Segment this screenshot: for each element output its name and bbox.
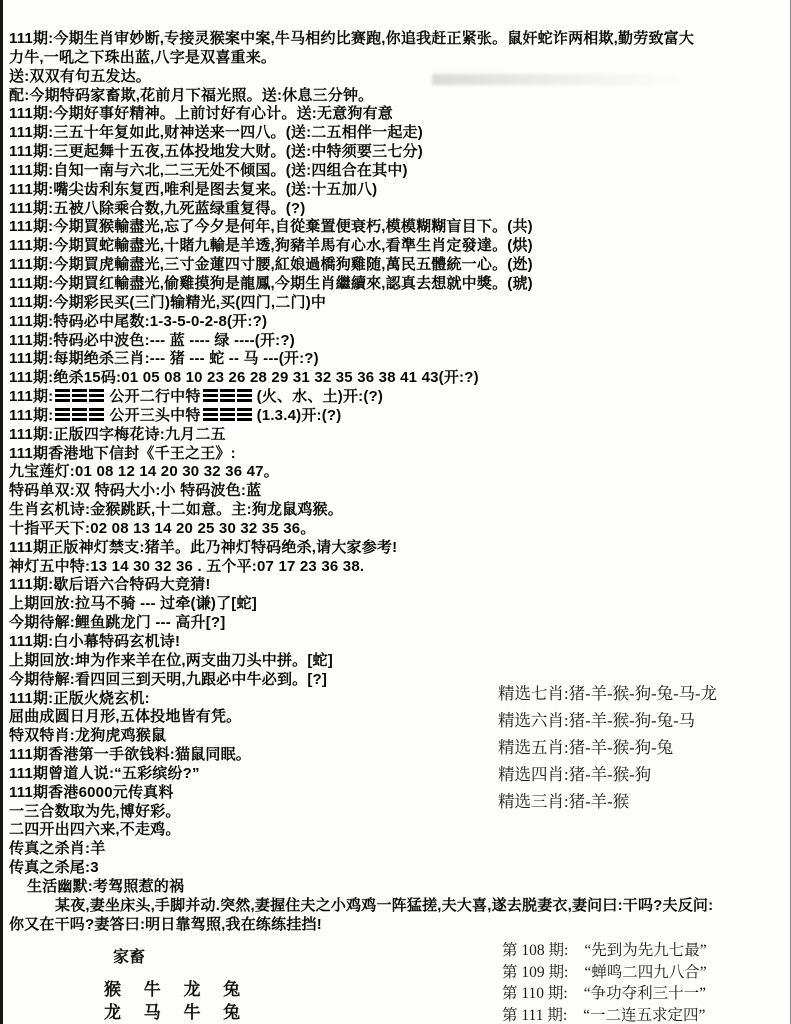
text-line: 特码单双:双 特码大小:小 特码波色:蓝 <box>9 482 713 501</box>
trigram-bar-unit <box>203 408 218 421</box>
jingxuan-line: 精选六肖:猪-羊-猴-狗-兔-马 <box>498 707 717 734</box>
text-segment: 111期曾道人说:“五彩缤纷?” <box>9 765 200 782</box>
text-line: 111期香港地下信封《千王之王》: <box>9 445 713 464</box>
trigram-bars-icon <box>203 408 254 427</box>
text-segment: 生肖玄机诗:金猴跳跃,十二如意。主:狗龙鼠鸡猴。 <box>9 501 343 518</box>
text-line: 111期:公开三头中特(1.3.4)开:(?) <box>9 407 713 426</box>
text-segment: 111期:三五十年复如此,财神送来一四八。(送:二五相伴一起走) <box>9 124 423 141</box>
text-segment: 111期香港第一手欲钱料:猫鼠同眠。 <box>9 746 251 763</box>
trigram-bar-unit <box>72 389 87 402</box>
text-segment: 111期香港6000元传真料 <box>9 784 174 801</box>
text-line: 十指平天下:02 08 13 14 20 25 30 32 35 36。 <box>9 520 713 539</box>
issue-quote-line: 第 108 期:“先到为先九七最” <box>502 940 707 962</box>
text-segment: “争功夺利三十一” <box>584 985 706 1002</box>
trigram-bar-unit <box>220 408 235 421</box>
text-line: 传真之杀肖:羊 <box>9 840 713 859</box>
text-segment: 传真之杀尾:3 <box>9 859 99 876</box>
text-line: 111期:五被八除乘合数,九死蓝绿重复得。(?) <box>9 200 713 219</box>
text-segment: 今期待解:看四回三到天明,九跟必中牛必到。[?] <box>9 671 327 688</box>
text-segment: (1.3.4)开:(?) <box>257 407 342 424</box>
text-segment: 配:今期特码家畜欺,花前月下福光照。送:休息三分钟。 <box>9 87 373 104</box>
text-line: 111期:三五十年复如此,财神送来一四八。(送:二五相伴一起走) <box>9 124 713 143</box>
text-line: 111期:嘴尖齿利东复西,唯利是图去复来。(送:十五加八) <box>9 181 713 200</box>
text-segment: 神灯五中特:13 14 30 32 36 . 五个平:07 17 23 36 3… <box>9 558 364 575</box>
text-segment: “先到为先九七最” <box>584 942 706 959</box>
text-segment: 111期:绝杀15码:01 05 08 10 23 26 28 29 31 32… <box>9 369 479 386</box>
jingxuan-line: 精选三肖:猪-羊-猴 <box>498 788 717 815</box>
text-segment: 111期香港地下信封《千王之王》: <box>9 445 236 462</box>
text-segment: 十指平天下:02 08 13 14 20 25 30 32 35 36。 <box>9 520 316 537</box>
text-segment: 今期待解:鲤鱼跳龙门 --- 高升[?] <box>9 614 225 631</box>
text-line: 力牛,一吼之下珠出蓝,八字是双喜重来。 <box>9 49 713 68</box>
selected-zodiac-column: 精选七肖:猪-羊-猴-狗-兔-马-龙精选六肖:猪-羊-猴-狗-兔-马精选五肖:猪… <box>498 680 717 815</box>
text-segment: “一二连五求定四” <box>583 1007 705 1024</box>
text-segment: 111期:每期绝杀三肖:--- 猪 --- 蛇 -- 马 ---(开:?) <box>9 350 319 367</box>
text-segment: 某夜,妻坐床头,手脚并动.突然,妻握住夫之小鸡鸡一阵猛搓,夫大喜,遂去脱妻衣,妻… <box>55 897 713 914</box>
text-segment: 111期:正版火烧玄机: <box>9 690 150 707</box>
issue-quote-line: 第 111 期:“一二连五求定四” <box>502 1005 707 1024</box>
text-segment: 你又在干吗?妻答曰:明日靠驾照,我在练练挂挡! <box>9 916 322 933</box>
text-segment: 111期:白小幕特码玄机诗! <box>9 633 180 650</box>
jingxuan-line: 精选七肖:猪-羊-猴-狗-兔-马-龙 <box>498 680 717 707</box>
text-line: 111期:今期買蛇輸盡光,十賭九輸是羊透,狗豬羊馬有心水,看準生肖定發達。(烘) <box>9 237 713 256</box>
text-line: 配:今期特码家畜欺,花前月下福光照。送:休息三分钟。 <box>9 87 713 106</box>
trigram-bar-unit <box>203 389 218 402</box>
jingxuan-line: 精选五肖:猪-羊-猴-狗-兔 <box>498 734 717 761</box>
text-line: 111期:今期買猴輸盡光,忘了今夕是何年,自從棄置便衰朽,模模糊糊盲目下。(共) <box>9 218 713 237</box>
trigram-bar-unit <box>55 408 70 421</box>
text-segment: 111期:自知一南与六北,二三无处不倾国。(送:四组合在其中) <box>9 162 408 179</box>
text-line: 111期:绝杀15码:01 05 08 10 23 26 28 29 31 32… <box>9 369 713 388</box>
animals-row: 龙 马 牛 兔 狗 鸡 <box>104 1001 252 1024</box>
trigram-bars-icon <box>203 389 254 408</box>
text-segment: 111期:今期買红輸盡光,偷雞摸狗是龍鳳,今期生肖繼續來,認真去想就中獎。(琥) <box>9 275 533 292</box>
issue-label: 第 108 期: <box>502 942 568 959</box>
past-issues-quotes: 第 108 期:“先到为先九七最”第 109 期:“蝉鸣二四九八合”第 110 … <box>502 940 707 1024</box>
text-line: 111期:今期彩民买(三门)输精光,买(四门,二门)中 <box>9 294 713 313</box>
text-segment: 屈曲成圆日月形,五体投地皆有凭。 <box>9 708 241 725</box>
text-segment: 111期:特码必中尾数:1-3-5-0-2-8(开:?) <box>9 313 267 330</box>
text-segment: 送:双双有句五发达。 <box>9 68 151 85</box>
text-segment: 二四开出四六来,不走鸡。 <box>9 821 181 838</box>
text-segment: (火、水、土)开:(?) <box>257 388 384 405</box>
text-segment: 111期:今期好事好精神。上前讨好有心计。送:无意狗有意 <box>9 105 393 122</box>
animals-row: 猴 牛 龙 兔 虎 鼠 <box>104 978 252 1001</box>
text-line: 111期:三更起舞十五夜,五体投地发大财。(送:中特须要三七分) <box>9 143 713 162</box>
scanned-lottery-tip-sheet: 111期:今期生肖审妙断,专接灵猴案中案,牛马相约比赛跑,你追我赶正紧张。鼠奸蛇… <box>0 0 791 1024</box>
text-segment: 111期:今期買猴輸盡光,忘了今夕是何年,自從棄置便衰朽,模模糊糊盲目下。(共) <box>9 218 533 235</box>
text-segment: 111期正版神灯禁支:猪羊。此乃神灯特码绝杀,请大家参考! <box>9 539 397 556</box>
text-line: 神灯五中特:13 14 30 32 36 . 五个平:07 17 23 36 3… <box>9 558 713 577</box>
text-line: 111期:歇后语六合特码大竞猜! <box>9 576 713 595</box>
text-line: 生活幽默:考驾照惹的祸 <box>9 878 713 897</box>
text-segment: 公开二行中特 <box>109 388 200 405</box>
issue-quote-line: 第 109 期:“蝉鸣二四九八合” <box>502 962 707 984</box>
text-segment: 111期:特码必中波色:--- 蓝 ---- 绿 ----(开:?) <box>9 332 295 349</box>
text-line: 生肖玄机诗:金猴跳跃,十二如意。主:狗龙鼠鸡猴。 <box>9 501 713 520</box>
text-line: 送:双双有句五发达。 <box>9 68 713 87</box>
issue-quote-line: 第 110 期:“争功夺利三十一” <box>502 983 707 1005</box>
text-line: 111期:公开二行中特(火、水、土)开:(?) <box>9 388 713 407</box>
text-segment: 111期:正版四字梅花诗:九月二五 <box>9 426 226 443</box>
text-segment: 特双特肖:龙狗虎鸡猴鼠 <box>9 727 166 744</box>
text-segment: 111期:今期買蛇輸盡光,十賭九輸是羊透,狗豬羊馬有心水,看準生肖定發達。(烘) <box>9 237 533 254</box>
text-segment: 111期:五被八除乘合数,九死蓝绿重复得。(?) <box>9 200 306 217</box>
text-segment: 111期:嘴尖齿利东复西,唯利是图去复来。(送:十五加八) <box>9 181 377 198</box>
trigram-bar-unit <box>220 389 235 402</box>
page-left-border <box>0 0 3 1024</box>
text-segment: 111期:歇后语六合特码大竞猜! <box>9 576 211 593</box>
text-segment: 一三合数取为先,博好彩。 <box>9 803 181 820</box>
text-segment: 111期:今期生肖审妙断,专接灵猴案中案,牛马相约比赛跑,你追我赶正紧张。鼠奸蛇… <box>9 30 694 47</box>
domestic-animals-block: 家畜 猴 牛 龙 兔 虎 鼠龙 马 牛 兔 狗 鸡 <box>104 944 252 1024</box>
domestic-animals-rows: 猴 牛 龙 兔 虎 鼠龙 马 牛 兔 狗 鸡 <box>104 978 252 1024</box>
trigram-bars-icon <box>55 389 106 408</box>
text-line: 111期:每期绝杀三肖:--- 猪 --- 蛇 -- 马 ---(开:?) <box>9 350 713 369</box>
issue-label: 第 111 期: <box>502 1007 567 1024</box>
text-line: 111期:正版四字梅花诗:九月二五 <box>9 426 713 445</box>
text-segment: 九宝莲灯:01 08 12 14 20 30 32 36 47。 <box>9 463 279 480</box>
trigram-bar-unit <box>237 389 252 402</box>
text-line: 上期回放:拉马不骑 --- 过牵(谦)了[蛇] <box>9 595 713 614</box>
text-line: 111期:今期買虎輸盡光,三寸金蓮四寸腰,紅娘過橋狗雞随,萬民五體統一心。(迯) <box>9 256 713 275</box>
trigram-bar-unit <box>89 408 104 421</box>
issue-label: 第 109 期: <box>502 964 568 981</box>
text-segment: 上期回放:坤为作来羊在位,两支曲刀头中拼。[蛇] <box>9 652 333 669</box>
text-segment: 上期回放:拉马不骑 --- 过牵(谦)了[蛇] <box>9 595 257 612</box>
text-segment: 111期: <box>9 407 53 424</box>
text-segment: 公开三头中特 <box>109 407 200 424</box>
trigram-bar-unit <box>72 408 87 421</box>
trigram-bar-unit <box>89 389 104 402</box>
text-line: 111期:今期買红輸盡光,偷雞摸狗是龍鳳,今期生肖繼續來,認真去想就中獎。(琥) <box>9 275 713 294</box>
text-segment: 111期:今期買虎輸盡光,三寸金蓮四寸腰,紅娘過橋狗雞随,萬民五體統一心。(迯) <box>9 256 533 273</box>
issue-label: 第 110 期: <box>502 985 568 1002</box>
text-segment: 特码单双:双 特码大小:小 特码波色:蓝 <box>9 482 261 499</box>
text-segment: 111期: <box>9 388 53 405</box>
text-line: 111期:特码必中波色:--- 蓝 ---- 绿 ----(开:?) <box>9 332 713 351</box>
text-segment: 生活幽默:考驾照惹的祸 <box>27 878 184 895</box>
text-line: 111期:今期好事好精神。上前讨好有心计。送:无意狗有意 <box>9 105 713 124</box>
text-line: 今期待解:鲤鱼跳龙门 --- 高升[?] <box>9 614 713 633</box>
text-segment: 传真之杀肖:羊 <box>9 840 105 857</box>
text-line: 传真之杀尾:3 <box>9 859 713 878</box>
text-line: 111期:特码必中尾数:1-3-5-0-2-8(开:?) <box>9 313 713 332</box>
text-line: 111期:今期生肖审妙断,专接灵猴案中案,牛马相约比赛跑,你追我赶正紧张。鼠奸蛇… <box>9 30 713 49</box>
text-line: 上期回放:坤为作来羊在位,两支曲刀头中拼。[蛇] <box>9 652 713 671</box>
text-segment: “蝉鸣二四九八合” <box>584 964 706 981</box>
text-segment: 111期:三更起舞十五夜,五体投地发大财。(送:中特须要三七分) <box>9 143 423 160</box>
text-line: 111期正版神灯禁支:猪羊。此乃神灯特码绝杀,请大家参考! <box>9 539 713 558</box>
text-line: 二四开出四六来,不走鸡。 <box>9 821 713 840</box>
domestic-animals-title: 家畜 <box>113 944 252 967</box>
text-segment: 力牛,一吼之下珠出蓝,八字是双喜重来。 <box>9 49 276 66</box>
text-segment: 111期:今期彩民买(三门)输精光,买(四门,二门)中 <box>9 294 326 311</box>
trigram-bars-icon <box>55 408 106 427</box>
jingxuan-line: 精选四肖:猪-羊-猴-狗 <box>498 761 717 788</box>
text-line: 111期:白小幕特码玄机诗! <box>9 633 713 652</box>
text-line: 你又在干吗?妻答曰:明日靠驾照,我在练练挂挡! <box>9 916 713 935</box>
text-line: 111期:自知一南与六北,二三无处不倾国。(送:四组合在其中) <box>9 162 713 181</box>
text-line: 某夜,妻坐床头,手脚并动.突然,妻握住夫之小鸡鸡一阵猛搓,夫大喜,遂去脱妻衣,妻… <box>9 897 713 916</box>
trigram-bar-unit <box>55 389 70 402</box>
text-line: 九宝莲灯:01 08 12 14 20 30 32 36 47。 <box>9 463 713 482</box>
trigram-bar-unit <box>237 408 252 421</box>
